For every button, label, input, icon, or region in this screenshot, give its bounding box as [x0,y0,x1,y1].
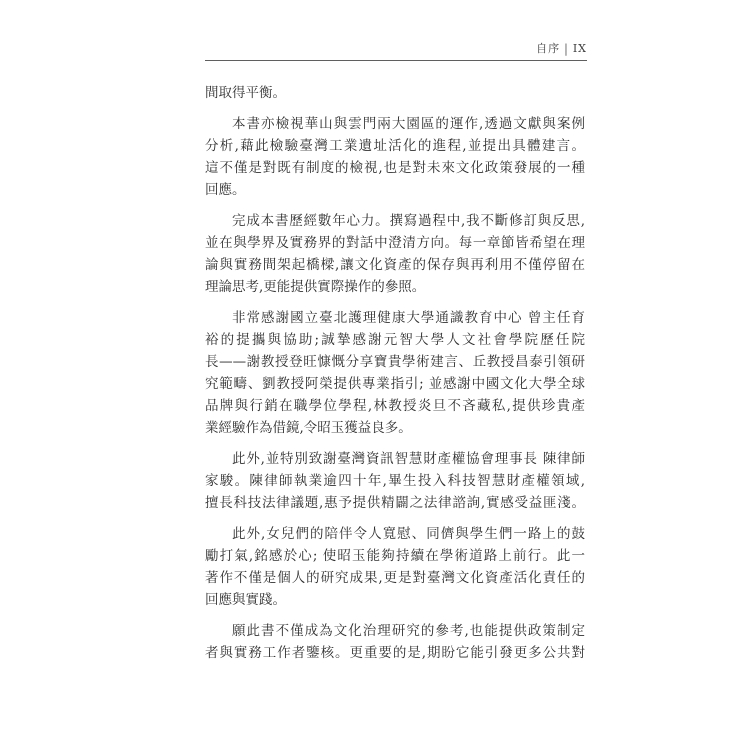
text-line: 勵打氣,銘感於心; 使昭玉能夠持續在學術道路上前行。此一 [205,545,585,567]
text-line: 家駿。陳律師執業逾四十年,畢生投入科技智慧財產權領域, [205,470,585,492]
text-line: 者與實務工作者鑒核。更重要的是,期盼它能引發更多公共對 [205,642,585,664]
text-line: 願此書不僅成為文化治理研究的參考,也能提供政策制定 [205,620,585,642]
text-line: 長——謝教授登旺慷慨分享寶貴學術建言、丘教授昌泰引領研 [205,351,585,373]
text-line: 並在與學界及實務界的對話中澄清方向。每一章節皆希望在理 [205,232,585,254]
text-line: 擅長科技法律議題,惠予提供精闢之法律諮詢,實感受益匪淺。 [205,492,585,514]
paragraph: 此外,並特別致謝臺灣資訊智慧財產權協會理事長 陳律師家駿。陳律師執業逾四十年,畢… [205,448,585,514]
header-section-title: 自序 [536,42,560,55]
text-line: 此外,並特別致謝臺灣資訊智慧財產權協會理事長 陳律師 [205,448,585,470]
paragraph: 間取得平衡。 [205,82,585,104]
header-page-number: IX [573,42,587,55]
text-line: 論與實務間架起橋樑,讓文化資產的保存與再利用不僅停留在 [205,254,585,276]
page-body: 間取得平衡。本書亦檢視華山與雲門兩大園區的運作,透過文獻與案例分析,藉此檢驗臺灣… [205,82,585,673]
paragraph: 本書亦檢視華山與雲門兩大園區的運作,透過文獻與案例分析,藉此檢驗臺灣工業遺址活化… [205,113,585,201]
text-line: 本書亦檢視華山與雲門兩大園區的運作,透過文獻與案例 [205,113,585,135]
text-line: 非常感謝國立臺北護理健康大學通識教育中心 曾主任育 [205,307,585,329]
text-line: 理論思考,更能提供實際操作的參照。 [205,276,585,298]
paragraph: 此外,女兒們的陪伴令人寬慰、同儕與學生們一路上的鼓勵打氣,銘感於心; 使昭玉能夠… [205,523,585,611]
paragraph: 願此書不僅成為文化治理研究的參考,也能提供政策制定者與實務工作者鑒核。更重要的是… [205,620,585,664]
text-line: 此外,女兒們的陪伴令人寬慰、同儕與學生們一路上的鼓 [205,523,585,545]
text-line: 完成本書歷經數年心力。撰寫過程中,我不斷修訂與反思, [205,210,585,232]
text-line: 品牌與行銷在職學位學程,林教授炎旦不吝藏私,提供珍貴產 [205,395,585,417]
text-line: 著作不僅是個人的研究成果,更是對臺灣文化資產活化責任的 [205,567,585,589]
page-header: 自序|IX [205,42,587,61]
text-line: 分析,藉此檢驗臺灣工業遺址活化的進程,並提出具體建言。 [205,135,585,157]
text-line: 裕的提攜與協助;誠摯感謝元智大學人文社會學院歷任院 [205,329,585,351]
text-line: 回應與實踐。 [205,589,585,611]
header-divider: | [564,41,569,56]
text-line: 回應。 [205,179,585,201]
paragraph: 完成本書歷經數年心力。撰寫過程中,我不斷修訂與反思,並在與學界及實務界的對話中澄… [205,210,585,298]
text-line: 這不僅是對既有制度的檢視,也是對未來文化政策發展的一種 [205,157,585,179]
text-line: 究範疇、劉教授阿榮提供專業指引; 並感謝中國文化大學全球 [205,373,585,395]
book-page: 自序|IX 間取得平衡。本書亦檢視華山與雲門兩大園區的運作,透過文獻與案例分析,… [0,0,750,750]
text-line: 業經驗作為借鏡,令昭玉獲益良多。 [205,417,585,439]
paragraph: 非常感謝國立臺北護理健康大學通識教育中心 曾主任育裕的提攜與協助;誠摯感謝元智大… [205,307,585,439]
text-line: 間取得平衡。 [205,82,585,104]
